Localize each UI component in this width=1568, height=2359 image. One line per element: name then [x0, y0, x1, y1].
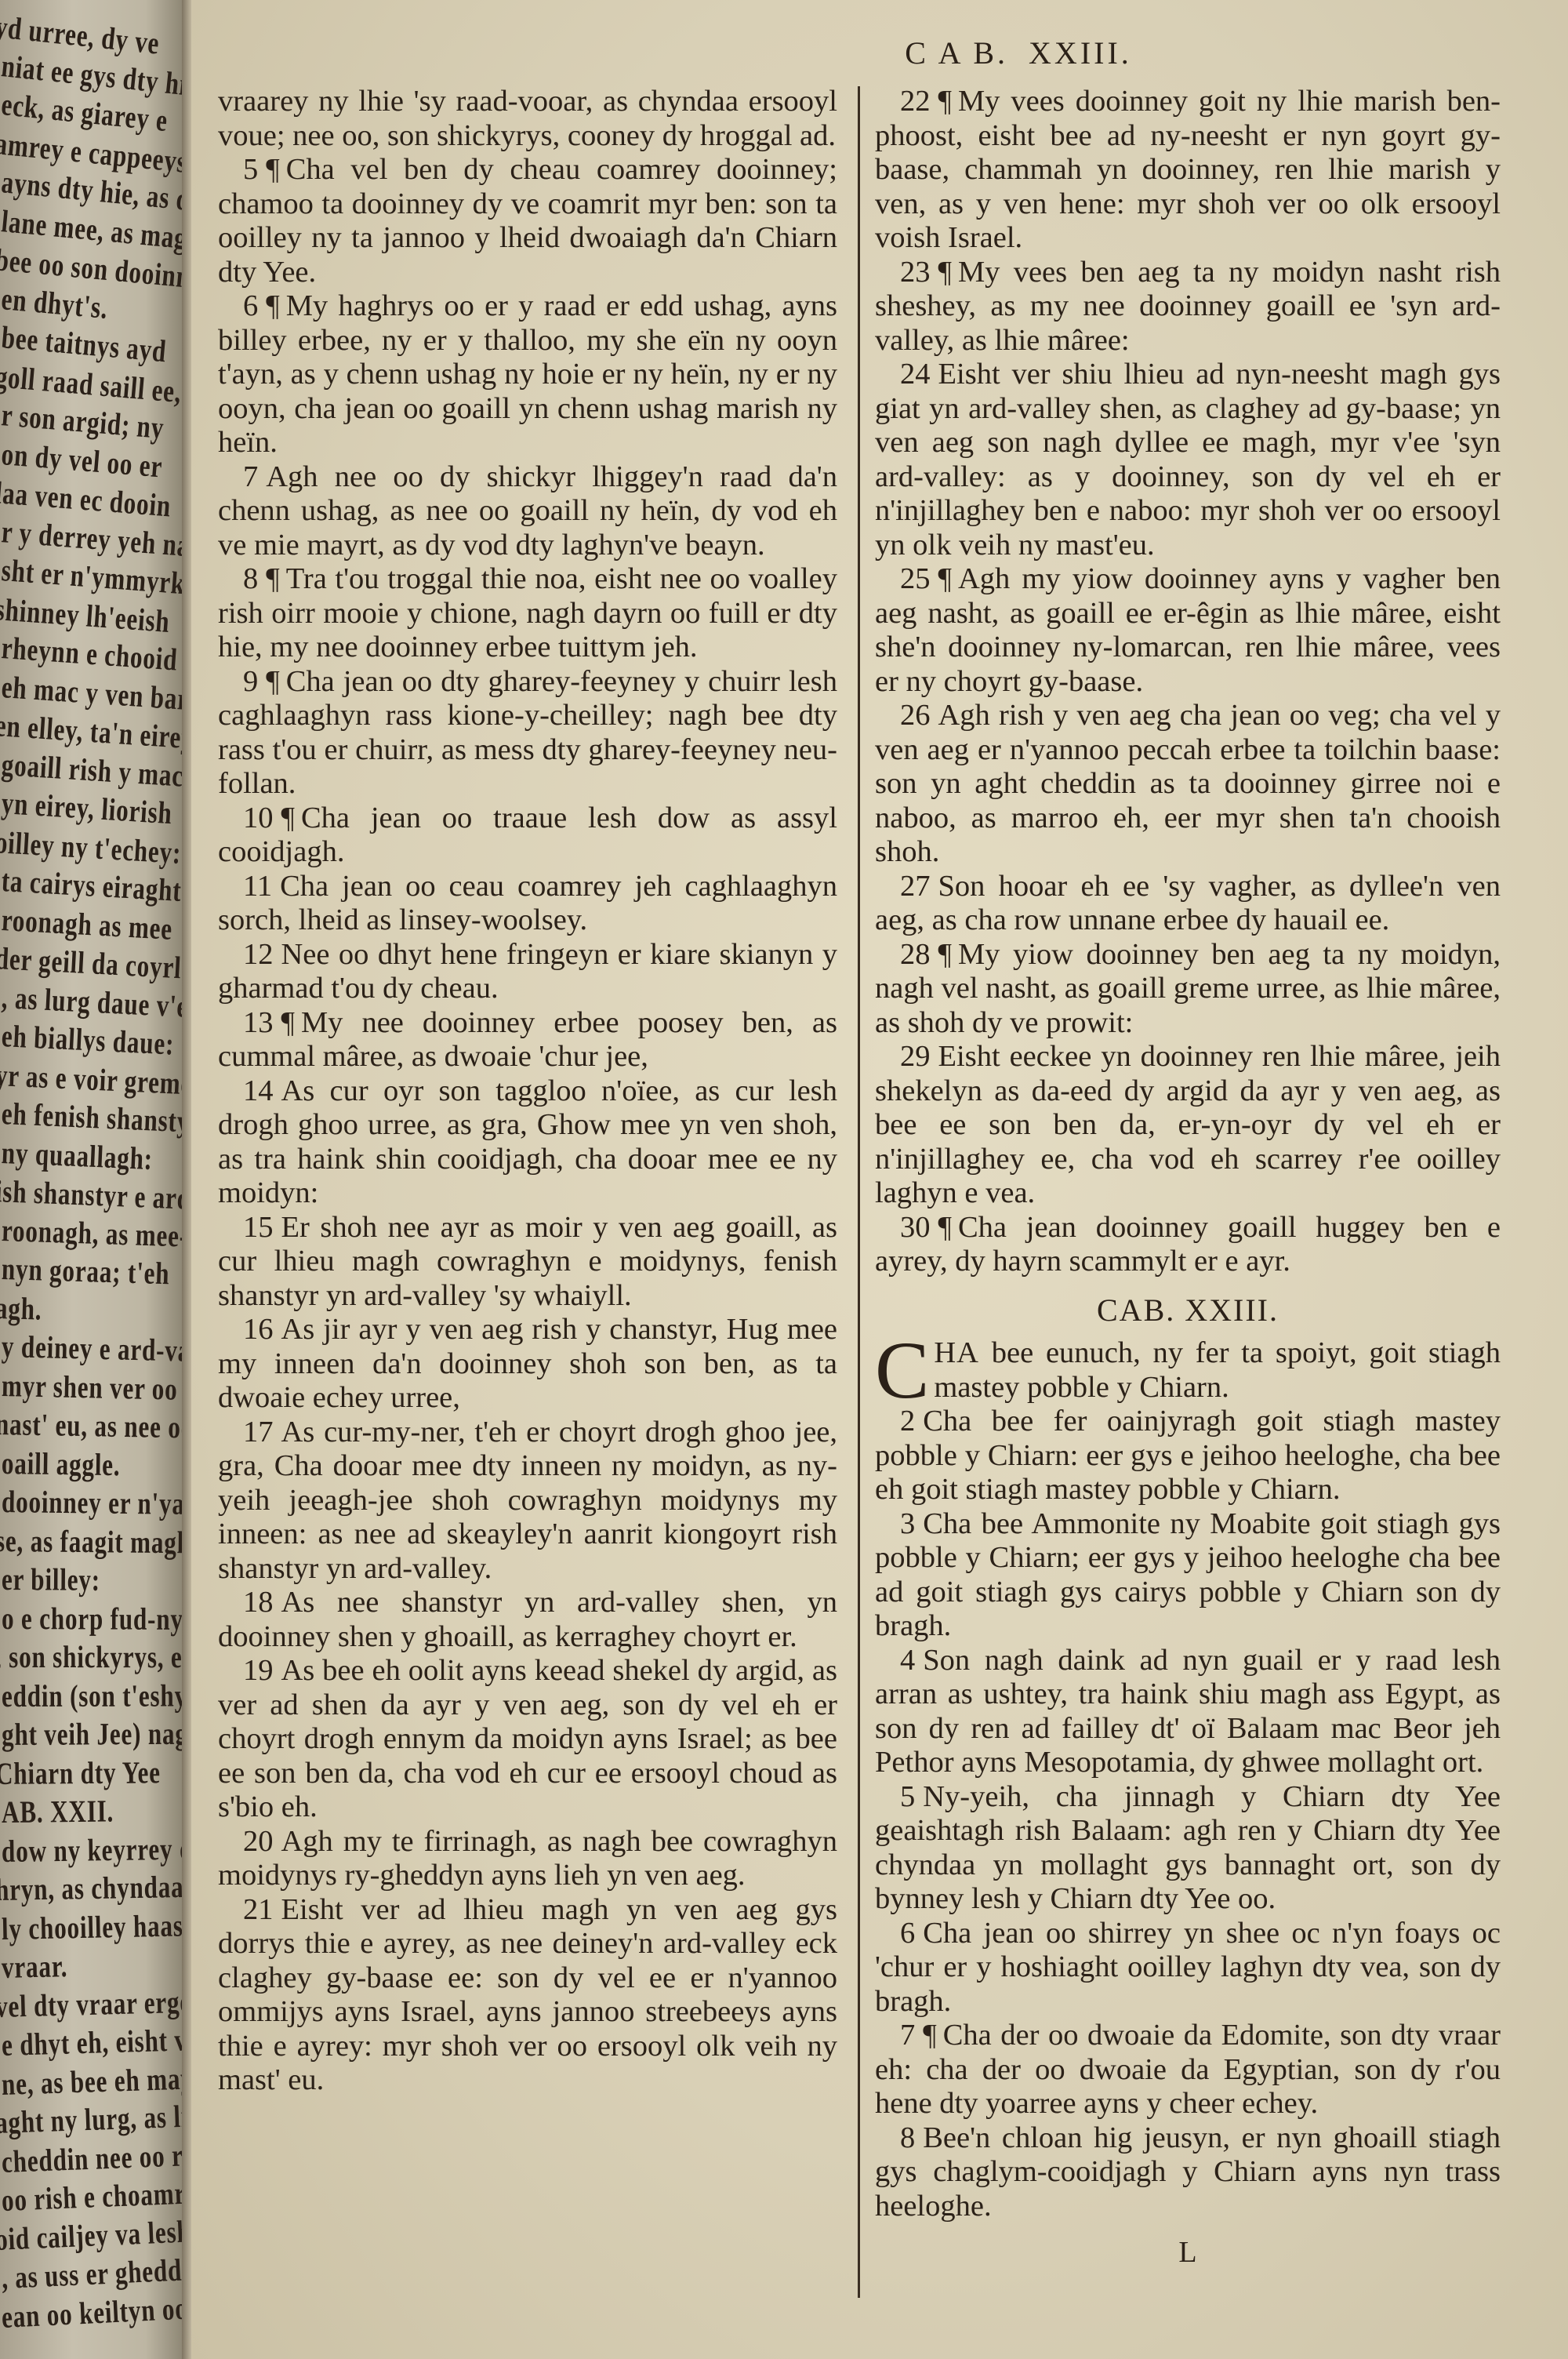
verse-text: Agh nee oo dy shickyr lhiggey'n raad da'…	[218, 460, 837, 562]
verse-text: As nee shanstyr yn ard-valley shen, yn d…	[218, 1586, 837, 1653]
book-gutter	[182, 0, 191, 2359]
verse-number: 29	[900, 1040, 931, 1073]
facing-page-text-fragment: roonagh, as mee-	[1, 1212, 182, 1255]
verse-number: 4	[900, 1644, 915, 1677]
facing-page-text-fragment: AB. XXII.	[2, 1792, 114, 1830]
facing-page-text-fragment: y deiney e ard-valley	[1, 1328, 182, 1370]
signature-mark: L	[875, 2236, 1501, 2270]
verse-number: 14	[243, 1074, 274, 1107]
pilcrow-icon: ¶	[281, 1006, 295, 1039]
facing-page-text-fragment: aght ny lurg, as liv	[0, 2097, 182, 2141]
verse: 29Eisht eeckee yn dooinney ren lhie mâre…	[875, 1040, 1501, 1211]
facing-page-text-fragment: , son shickyrys, eh	[0, 1638, 182, 1675]
pilcrow-icon: ¶	[266, 562, 279, 595]
facing-page-text-fragment: eh fenish shanstyr	[1, 1095, 182, 1140]
verse: 28¶My yiow dooinney ben aeg ta ny moidyn…	[875, 938, 1501, 1041]
pilcrow-icon: ¶	[281, 801, 295, 834]
verse-number: 28	[900, 938, 931, 971]
verse: 8¶Tra t'ou troggal thie noa, eisht nee o…	[218, 562, 837, 665]
facing-page-text-fragment: ne, as bee eh mayrt,	[1, 2059, 182, 2103]
verse-number: 17	[243, 1416, 274, 1448]
verse: 19As bee eh oolit ayns keead shekel dy a…	[218, 1654, 837, 1825]
verse: 25¶Agh my yiow dooinney ayns y vagher be…	[875, 562, 1501, 699]
verse-number: 7	[900, 2019, 915, 2052]
verse-text: Er shoh nee ayr as moir y ven aeg goaill…	[218, 1211, 837, 1312]
verse-number: 23	[900, 256, 931, 289]
verse-text: Son nagh daink ad nyn guail er y raad le…	[875, 1644, 1501, 1779]
column-divider	[858, 86, 860, 2298]
pilcrow-icon: ¶	[938, 1211, 952, 1244]
facing-page-text-fragment: dow ny keyrrey dty	[2, 1830, 182, 1870]
facing-page-text-fragment: ean oo keiltyn oo	[1, 2289, 182, 2335]
left-column: vraarey ny lhie 'sy raad-vooar, as chynd…	[218, 85, 837, 2098]
facing-page-text-fragment: , as uss er gheddyn,	[1, 2250, 182, 2296]
drop-cap: C	[875, 1338, 929, 1404]
opening-word: HA	[934, 1336, 979, 1369]
verse: 10¶Cha jean oo traaue lesh dow as assyl …	[218, 801, 837, 870]
verse-number: 19	[243, 1654, 274, 1687]
verse-text: Eisht ver ad lhieu magh yn ven aeg gys d…	[218, 1893, 837, 2097]
pilcrow-icon: ¶	[938, 256, 952, 289]
verse: 6Cha jean oo shirrey yn shee oc n'yn foa…	[875, 1917, 1501, 2019]
verse-number: 7	[243, 460, 258, 493]
facing-page-text-fragment: agh.	[0, 1289, 42, 1328]
verse-text: My nee dooinney erbee poosey ben, as cum…	[218, 1006, 837, 1074]
pilcrow-icon: ¶	[266, 153, 279, 186]
verse-text: Agh my te firrinagh, as nagh bee cowragh…	[218, 1825, 837, 1892]
verse-text: Eisht eeckee yn dooinney ren lhie mâree,…	[875, 1040, 1501, 1209]
verse: 15Er shoh nee ayr as moir y ven aeg goai…	[218, 1211, 837, 1314]
verse-text: Cha jean oo shirrey yn shee oc n'yn foay…	[875, 1917, 1501, 2018]
facing-page-text-fragment: e dhyt eh, eisht ver	[1, 2021, 182, 2063]
verse-number: 16	[243, 1313, 274, 1346]
facing-page-text-fragment: nast' eu, as nee oo	[0, 1405, 182, 1446]
running-head: C A B.XXIII.	[191, 35, 1568, 71]
verse: 14As cur oyr son taggloo n'oïee, as cur …	[218, 1074, 837, 1211]
verse-number: 21	[243, 1893, 274, 1926]
verse: 9¶Cha jean oo dty gharey-feeyney y chuir…	[218, 665, 837, 801]
verse-text: Cha jean oo dty gharey-feeyney y chuirr …	[218, 665, 837, 801]
facing-page-text-fragment: vraar.	[1, 1947, 67, 1986]
verse: 20Agh my te firrinagh, as nagh bee cowra…	[218, 1825, 837, 1893]
verse: 4Son nagh daink ad nyn guail er y raad l…	[875, 1644, 1501, 1780]
verse-text: Cha bee fer oainjyragh goit stiagh maste…	[875, 1405, 1501, 1506]
pilcrow-icon: ¶	[923, 2019, 936, 2052]
verse-text: As bee eh oolit ayns keead shekel dy arg…	[218, 1654, 837, 1823]
verse-number: 24	[900, 358, 931, 391]
verse-number: 6	[900, 1917, 915, 1950]
verse-text: vraarey ny lhie 'sy raad-vooar, as chynd…	[218, 85, 837, 152]
verse-number: 20	[243, 1825, 274, 1858]
left-facing-page: yd urree, dy veniat ee gys dty hie,eck, …	[0, 0, 182, 2359]
verse-number: 27	[900, 870, 931, 903]
verse-number: 15	[243, 1211, 274, 1244]
verse: 2Cha bee fer oainjyragh goit stiagh mast…	[875, 1405, 1501, 1507]
verse: 30¶Cha jean dooinney goaill huggey ben e…	[875, 1211, 1501, 1279]
facing-page-text-fragment: hryn, as chyndaa dy	[0, 1867, 182, 1908]
running-head-label: C A B.	[905, 35, 1008, 71]
verse: 7¶Cha der oo dwoaie da Edomite, son dty …	[875, 2019, 1501, 2121]
verse-number: 9	[243, 665, 258, 698]
verse-number: 25	[900, 562, 931, 595]
facing-page-text-fragment: ly chooilley haase	[2, 1906, 182, 1947]
verse: 16As jir ayr y ven aeg rish y chanstyr, …	[218, 1313, 837, 1416]
verse: 18As nee shanstyr yn ard-valley shen, yn…	[218, 1586, 837, 1654]
verse-text: Tra t'ou troggal thie noa, eisht nee oo …	[218, 562, 837, 663]
pilcrow-icon: ¶	[938, 562, 952, 595]
facing-page-text-fragment: nyn goraa; t'eh	[1, 1250, 170, 1292]
verse-text: Cha vel ben dy cheau coamrey dooinney; c…	[218, 153, 837, 289]
verse-text: Ny-yeih, cha jinnagh y Chiarn dty Yee ge…	[875, 1780, 1501, 1916]
verse: 8Bee'n chloan hig jeusyn, er nyn ghoaill…	[875, 2121, 1501, 2224]
verse-text: Cha jean dooinney goaill huggey ben e ay…	[875, 1211, 1501, 1278]
facing-page-text-fragment: cheddin nee oo rish	[1, 2135, 182, 2179]
facing-page-text-fragment: oaill aggle.	[2, 1445, 121, 1483]
pilcrow-icon: ¶	[266, 665, 279, 698]
facing-page-text-fragment: ish shanstyr e ard	[0, 1172, 182, 1217]
verse-text: As cur-my-ner, t'eh er choyrt drogh ghoo…	[218, 1416, 837, 1585]
chapter-23-verses: 2Cha bee fer oainjyragh goit stiagh mast…	[875, 1405, 1501, 2223]
verse-text: Cha jean oo traaue lesh dow as assyl coo…	[218, 801, 837, 869]
facing-page-text-fragment: roonagh as mee	[1, 901, 174, 947]
verse-text: My haghrys oo er y raad er edd ushag, ay…	[218, 289, 837, 459]
verse-text: Eisht ver shiu lhieu ad nyn-neesht magh …	[875, 358, 1501, 562]
verse: 27Son hooar eh ee 'sy vagher, as dyllee'…	[875, 870, 1501, 938]
pilcrow-icon: ¶	[266, 289, 279, 322]
pilcrow-icon: ¶	[938, 938, 952, 971]
verse-text: Cha der oo dwoaie da Edomite, son dty vr…	[875, 2019, 1501, 2120]
verse-number: 18	[243, 1586, 274, 1619]
verse-number: 6	[243, 289, 258, 322]
verse-number: 8	[243, 562, 258, 595]
pilcrow-icon: ¶	[938, 85, 952, 118]
verse: 21Eisht ver ad lhieu magh yn ven aeg gys…	[218, 1893, 837, 2098]
verse-text: Agh rish y ven aeg cha jean oo veg; cha …	[875, 699, 1501, 868]
chapter-22-verses: 22¶My vees dooinney goit ny lhie marish …	[875, 85, 1501, 1279]
verse-text: Agh my yiow dooinney ayns y vagher ben a…	[875, 562, 1501, 698]
verse-text: Nee oo dhyt hene fringeyn er kiare skian…	[218, 938, 837, 1005]
verse-text: As jir ayr y ven aeg rish y chanstyr, Hu…	[218, 1313, 837, 1414]
facing-page-text-fragment: vel dty vraar erger	[0, 1983, 182, 2025]
facing-page-text-fragment: eddin (son t'eshyn	[2, 1677, 182, 1714]
verse-text: My yiow dooinney ben aeg ta ny moidyn, n…	[875, 938, 1501, 1039]
facing-page-text-fragment: er billey:	[2, 1561, 100, 1598]
verse-number: 10	[243, 801, 274, 834]
opening-text: bee eunuch, ny fer ta spoiyt, goit stiag…	[934, 1336, 1501, 1404]
verse-text: Cha bee Ammonite ny Moabite goit stiagh …	[875, 1507, 1501, 1643]
verse: 11Cha jean oo ceau coamrey jeh caghlaagh…	[218, 870, 837, 938]
verse-text: My vees ben aeg ta ny moidyn nasht rish …	[875, 256, 1501, 357]
right-column: 22¶My vees dooinney goit ny lhie marish …	[875, 85, 1501, 2270]
verse: 6¶My haghrys oo er y raad er edd ushag, …	[218, 289, 837, 460]
verse: 5Ny-yeih, cha jinnagh y Chiarn dty Yee g…	[875, 1780, 1501, 1917]
verse: vraarey ny lhie 'sy raad-vooar, as chynd…	[218, 85, 837, 153]
verse-text: Cha jean oo ceau coamrey jeh caghlaaghyn…	[218, 870, 837, 937]
verse: 22¶My vees dooinney goit ny lhie marish …	[875, 85, 1501, 256]
verse-number: 11	[243, 870, 272, 903]
facing-page-text-fragment: Chiarn dty Yee	[0, 1754, 161, 1792]
facing-page-text-fragment: eh biallys daue:	[1, 1017, 176, 1063]
facing-page-text-fragment: se, as faagit magh	[0, 1522, 182, 1561]
verse: 13¶My nee dooinney erbee poosey ben, as …	[218, 1006, 837, 1074]
verse-text: As cur oyr son taggloo n'oïee, as cur le…	[218, 1074, 837, 1210]
chapter-heading: CAB. XXIII.	[875, 1293, 1501, 1328]
verse-number: 8	[900, 2121, 915, 2154]
facing-page-text-fragment: ght veih Jee) nagh	[2, 1715, 182, 1753]
verse: 5¶Cha vel ben dy cheau coamrey dooinney;…	[218, 153, 837, 289]
facing-page-text-fragment: oo rish e choamrey,	[1, 2173, 182, 2219]
verse-number: 12	[243, 938, 274, 971]
verse-number: 5	[900, 1780, 915, 1813]
verse-text: Son hooar eh ee 'sy vagher, as dyllee'n …	[875, 870, 1501, 937]
verse-number: 3	[900, 1507, 915, 1540]
verse: 26Agh rish y ven aeg cha jean oo veg; ch…	[875, 699, 1501, 870]
book-spread: yd urree, dy veniat ee gys dty hie,eck, …	[0, 0, 1568, 2359]
verse-text: My vees dooinney goit ny lhie marish ben…	[875, 85, 1501, 254]
right-page: C A B.XXIII. vraarey ny lhie 'sy raad-vo…	[191, 0, 1568, 2359]
verse: 23¶My vees ben aeg ta ny moidyn nasht ri…	[875, 256, 1501, 358]
verse: 7Agh nee oo dy shickyr lhiggey'n raad da…	[218, 460, 837, 563]
facing-page-text-fragment: oid cailjey va lesh	[0, 2212, 182, 2258]
verse-number: 13	[243, 1006, 274, 1039]
facing-page-text-fragment: yr as e voir greme	[0, 1056, 182, 1102]
verse: 3Cha bee Ammonite ny Moabite goit stiagh…	[875, 1507, 1501, 1644]
verse: 17As cur-my-ner, t'eh er choyrt drogh gh…	[218, 1416, 837, 1587]
verse: 24Eisht ver shiu lhieu ad nyn-neesht mag…	[875, 358, 1501, 562]
facing-page-text-fragment: dooinney er n'yann	[2, 1483, 182, 1522]
facing-page-text-fragment: myr shen ver oo	[2, 1367, 179, 1408]
verse-number: 26	[900, 699, 931, 732]
verse: 12Nee oo dhyt hene fringeyn er kiare ski…	[218, 938, 837, 1006]
verse-number: 22	[900, 85, 931, 118]
facing-page-text-fragment: o e chorp fud-ny-h	[2, 1600, 182, 1637]
verse-text: Bee'n chloan hig jeusyn, er nyn ghoaill …	[875, 2121, 1501, 2223]
running-head-numeral: XXIII.	[1029, 35, 1132, 71]
verse-number: 30	[900, 1211, 931, 1244]
chapter-opening-verse: CHA bee eunuch, ny fer ta spoiyt, goit s…	[875, 1336, 1501, 1405]
facing-page-text-fragment: ny quaallagh:	[1, 1134, 154, 1177]
verse-number: 5	[243, 153, 258, 186]
